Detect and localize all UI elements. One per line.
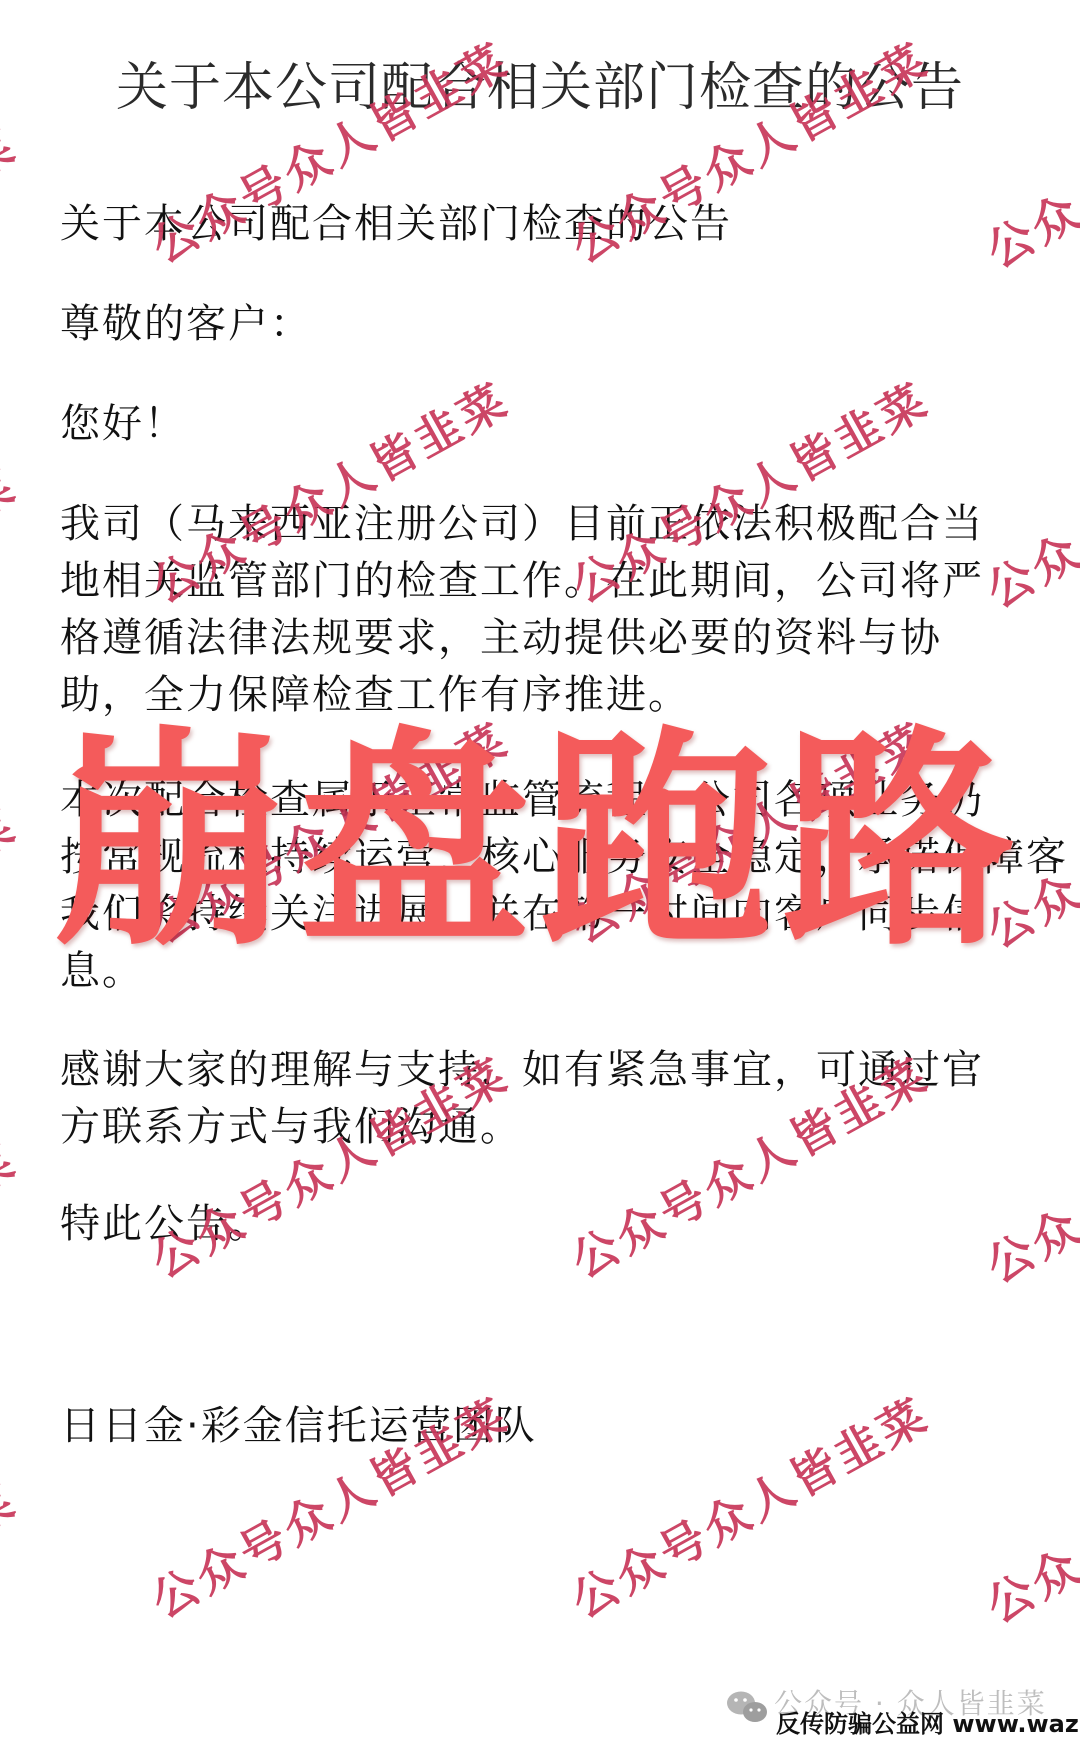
paragraph-line: 地相关监管部门的检查工作。在此期间，公司将严: [60, 553, 1020, 610]
subtitle: 关于本公司配合相关部门检查的公告: [60, 196, 732, 253]
paragraph-line: 感谢大家的理解与支持，如有紧急事宜，可通过官: [60, 1042, 1020, 1099]
greeting: 您好！: [60, 396, 186, 453]
closing-line: 特此公告。: [60, 1196, 270, 1253]
salutation: 尊敬的客户：: [60, 296, 312, 353]
watermark: 韭菜: [0, 450, 27, 556]
warning-overlay: 崩 盘 跑 路: [55, 712, 1015, 972]
watermark: 韭菜: [0, 110, 27, 216]
paragraph-3: 感谢大家的理解与支持，如有紧急事宜，可通过官 方联系方式与我们沟通。: [60, 1042, 1020, 1156]
watermark: 韭菜: [0, 1465, 27, 1571]
watermark: 公众: [973, 1530, 1080, 1636]
paragraph-1: 我司（马来西亚注册公司）目前正依法积极配合当 地相关监管部门的检查工作。在此期间…: [60, 496, 1020, 724]
paragraph-line: 我司（马来西亚注册公司）目前正依法积极配合当: [60, 496, 1020, 553]
announcement-document: 关于本公司配合相关部门检查的公告 关于本公司配合相关部门检查的公告 尊敬的客户：…: [0, 0, 1080, 1750]
paragraph-line: 格遵循法律法规要求，主动提供必要的资料与协: [60, 610, 1020, 667]
footer-site: 反传防骗公益网 www.wazi.cc: [776, 1704, 1080, 1739]
footer-attribution: 公众号 · 众人皆韭菜 反传防骗公益网 www.wazi.cc: [726, 1682, 1066, 1742]
watermark: 公众号众人皆韭菜: [558, 1379, 940, 1631]
watermark: 韭菜: [0, 790, 27, 896]
signature: 日日金·彩金信托运营团队: [60, 1398, 537, 1455]
watermark: 公众: [973, 175, 1080, 281]
page-title: 关于本公司配合相关部门检查的公告: [0, 55, 1080, 121]
wechat-icon: [726, 1690, 768, 1724]
overlay-char: 跑: [540, 712, 772, 972]
paragraph-line: 方联系方式与我们沟通。: [60, 1099, 1020, 1156]
overlay-char: 路: [783, 712, 1015, 972]
watermark: 韭菜: [0, 1125, 27, 1231]
overlay-char: 盘: [298, 712, 530, 972]
overlay-char: 崩: [55, 712, 287, 972]
watermark: 公众: [973, 1190, 1080, 1296]
